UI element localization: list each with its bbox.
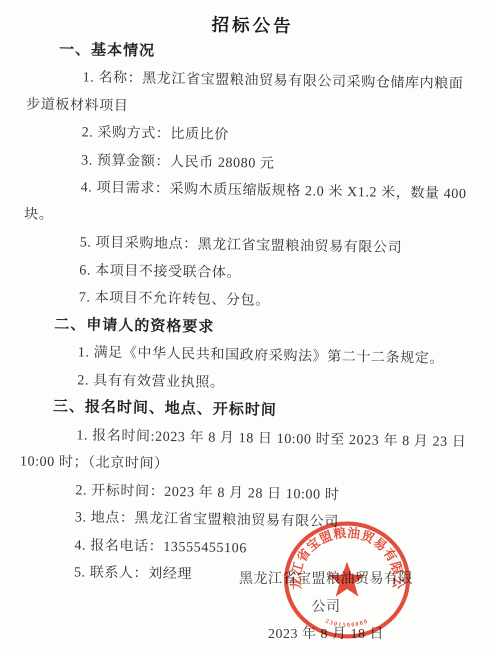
list-item: 4. 项目需求：采购木质压缩版规格 2.0 米 X1.2 米，数量 400 块。 xyxy=(24,173,475,236)
company-seal: 黑龙江省宝盟粮油贸易有限公司 2301590000 xyxy=(281,519,413,641)
list-item: 1. 报名时间:2023 年 8 月 18 日 10:00 时至 2023 年 … xyxy=(20,421,471,484)
section-basic-info: 一、基本情况 1. 名称：黑龙江省宝盟粮油贸易有限公司采购仓储库内粮面步道板材料… xyxy=(23,36,478,319)
star-icon xyxy=(329,562,366,597)
seal-serial-text: 2301590000 xyxy=(324,619,369,629)
section-qualifications: 二、申请人的资格要求 1. 满足《中华人民共和国政府采购法》第二十二条规定。 2… xyxy=(21,311,472,401)
document-content: 招标公告 一、基本情况 1. 名称：黑龙江省宝盟粮油贸易有限公司采购仓储库内粮面… xyxy=(0,0,490,594)
document-page: 招标公告 一、基本情况 1. 名称：黑龙江省宝盟粮油贸易有限公司采购仓储库内粮面… xyxy=(0,0,490,654)
list-item: 1. 名称：黑龙江省宝盟粮油贸易有限公司采购仓储库内粮面步道板材料项目 xyxy=(26,63,477,126)
